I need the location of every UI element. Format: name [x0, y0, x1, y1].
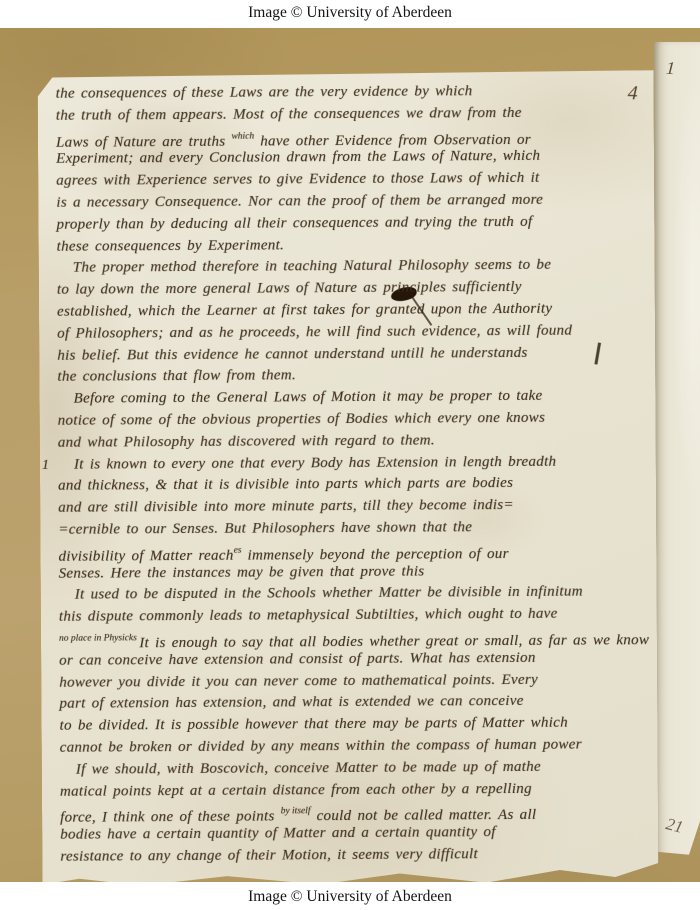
line-text: properly than by deducing all their cons…: [56, 214, 532, 233]
manuscript-page: 4 the consequences of these Laws are the…: [38, 70, 659, 882]
line-text: the conclusions that flow from them.: [57, 368, 296, 385]
scan-background: 1 21 4 the consequences of these Laws ar…: [0, 28, 700, 882]
line-text: agrees with Experience serves to give Ev…: [56, 170, 539, 189]
line-text: Before coming to the General Laws of Mot…: [73, 388, 542, 407]
line-text: If we should, with Boscovich, conceive M…: [76, 759, 541, 778]
line-text: matical points kept at a certain distanc…: [60, 780, 532, 799]
copyright-text-bottom: Image © University of Aberdeen: [248, 888, 452, 905]
copyright-text-top: Image © University of Aberdeen: [248, 4, 452, 21]
line-text: to lay down the more general Laws of Nat…: [57, 279, 522, 298]
line-text: to be divided. It is possible however th…: [59, 715, 567, 734]
margin-mark: 1: [42, 454, 49, 476]
interlinear-insertion: no place in Physicks: [59, 633, 139, 643]
line-text: the truth of them appears. Most of the c…: [56, 105, 522, 124]
line-text: resistance to any change of their Motion…: [60, 846, 478, 865]
line-text: his belief. But this evidence he cannot …: [57, 344, 527, 363]
line-text: Experiment; and every Conclusion drawn f…: [56, 148, 540, 167]
interlinear-insertion: es: [233, 545, 241, 555]
manuscript-line: resistance to any change of their Motion…: [60, 843, 654, 868]
line-text: however you divide it you can never come…: [59, 671, 538, 690]
line-text: The proper method therefore in teaching …: [73, 257, 552, 276]
interlinear-insertion: which: [231, 131, 254, 141]
handwritten-text: the consequences of these Laws are the v…: [56, 80, 655, 868]
line-text: bodies have a certain quantity of Matter…: [60, 824, 496, 843]
line-text: established, which the Learner at first …: [57, 301, 552, 320]
line-text: the consequences of these Laws are the v…: [56, 83, 473, 102]
interlinear-insertion: by itself: [281, 807, 311, 817]
line-text: It used to be disputed in the Schools wh…: [75, 584, 583, 603]
line-text: and thickness, & that it is divisible in…: [58, 475, 513, 494]
adjacent-page-edge: 1 21: [654, 42, 700, 858]
line-text: or can conceive have extension and consi…: [59, 650, 536, 669]
line-text: It is known to every one that every Body…: [74, 453, 556, 472]
line-text: is a necessary Consequence. Nor can the …: [56, 192, 543, 211]
line-text: and are still divisible into more minute…: [58, 497, 514, 516]
line-text: notice of some of the obvious properties…: [58, 410, 546, 429]
line-text: of Philosophers; and as he proceeds, he …: [57, 322, 572, 341]
top-copyright-banner: Image © University of Aberdeen: [0, 0, 700, 28]
adjacent-page-number-bottom: 21: [664, 814, 685, 838]
line-text: part of extension has extension, and wha…: [59, 693, 523, 712]
bottom-copyright-banner: Image © University of Aberdeen: [0, 882, 700, 910]
line-text: =cernible to our Senses. But Philosopher…: [58, 519, 472, 538]
line-text: and what Philosophy has discovered with …: [58, 432, 435, 450]
line-text: cannot be broken or divided by any means…: [60, 736, 582, 755]
line-text: these consequences by Experiment.: [57, 237, 285, 254]
line-text: Senses. Here the instances may be given …: [59, 563, 425, 581]
adjacent-page-number-top: 1: [665, 58, 675, 80]
line-text: this dispute commonly leads to metaphysi…: [59, 606, 558, 625]
